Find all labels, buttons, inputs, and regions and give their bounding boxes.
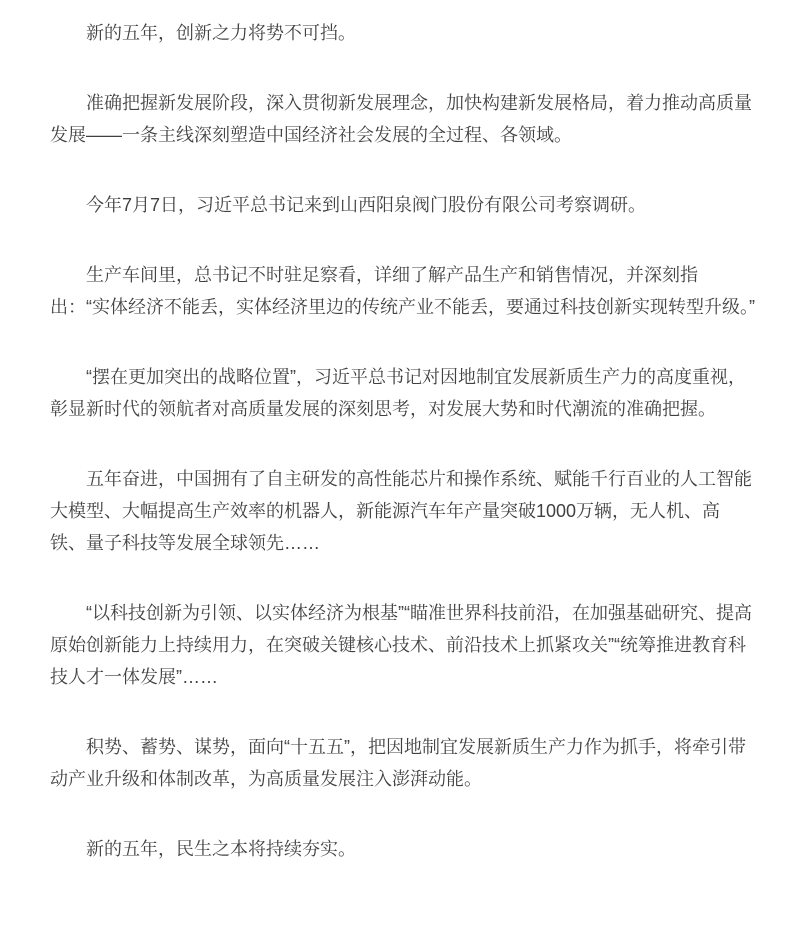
article-paragraph: 积势、蓄势、谋势，面向“十五五”，把因地制宜发展新质生产力作为抓手，将牵引带动产… (50, 731, 756, 795)
article-paragraph: 今年7月7日，习近平总书记来到山西阳泉阀门股份有限公司考察调研。 (50, 189, 756, 221)
article-paragraph: 五年奋进，中国拥有了自主研发的高性能芯片和操作系统、赋能千行百业的人工智能大模型… (50, 463, 756, 559)
article-body: 新的五年，创新之力将势不可挡。 准确把握新发展阶段，深入贯彻新发展理念，加快构建… (0, 0, 806, 931)
article-paragraph: 生产车间里，总书记不时驻足察看，详细了解产品生产和销售情况，并深刻指出：“实体经… (50, 259, 756, 323)
article-paragraph: “以科技创新为引领、以实体经济为根基”“瞄准世界科技前沿，在加强基础研究、提高原… (50, 597, 756, 693)
article-paragraph: “摆在更加突出的战略位置”，习近平总书记对因地制宜发展新质生产力的高度重视，彰显… (50, 361, 756, 425)
article-paragraph: 准确把握新发展阶段，深入贯彻新发展理念，加快构建新发展格局，着力推动高质量发展—… (50, 87, 756, 151)
article-paragraph: 新的五年，创新之力将势不可挡。 (50, 17, 756, 49)
article-paragraph: 新的五年，民生之本将持续夯实。 (50, 833, 756, 865)
